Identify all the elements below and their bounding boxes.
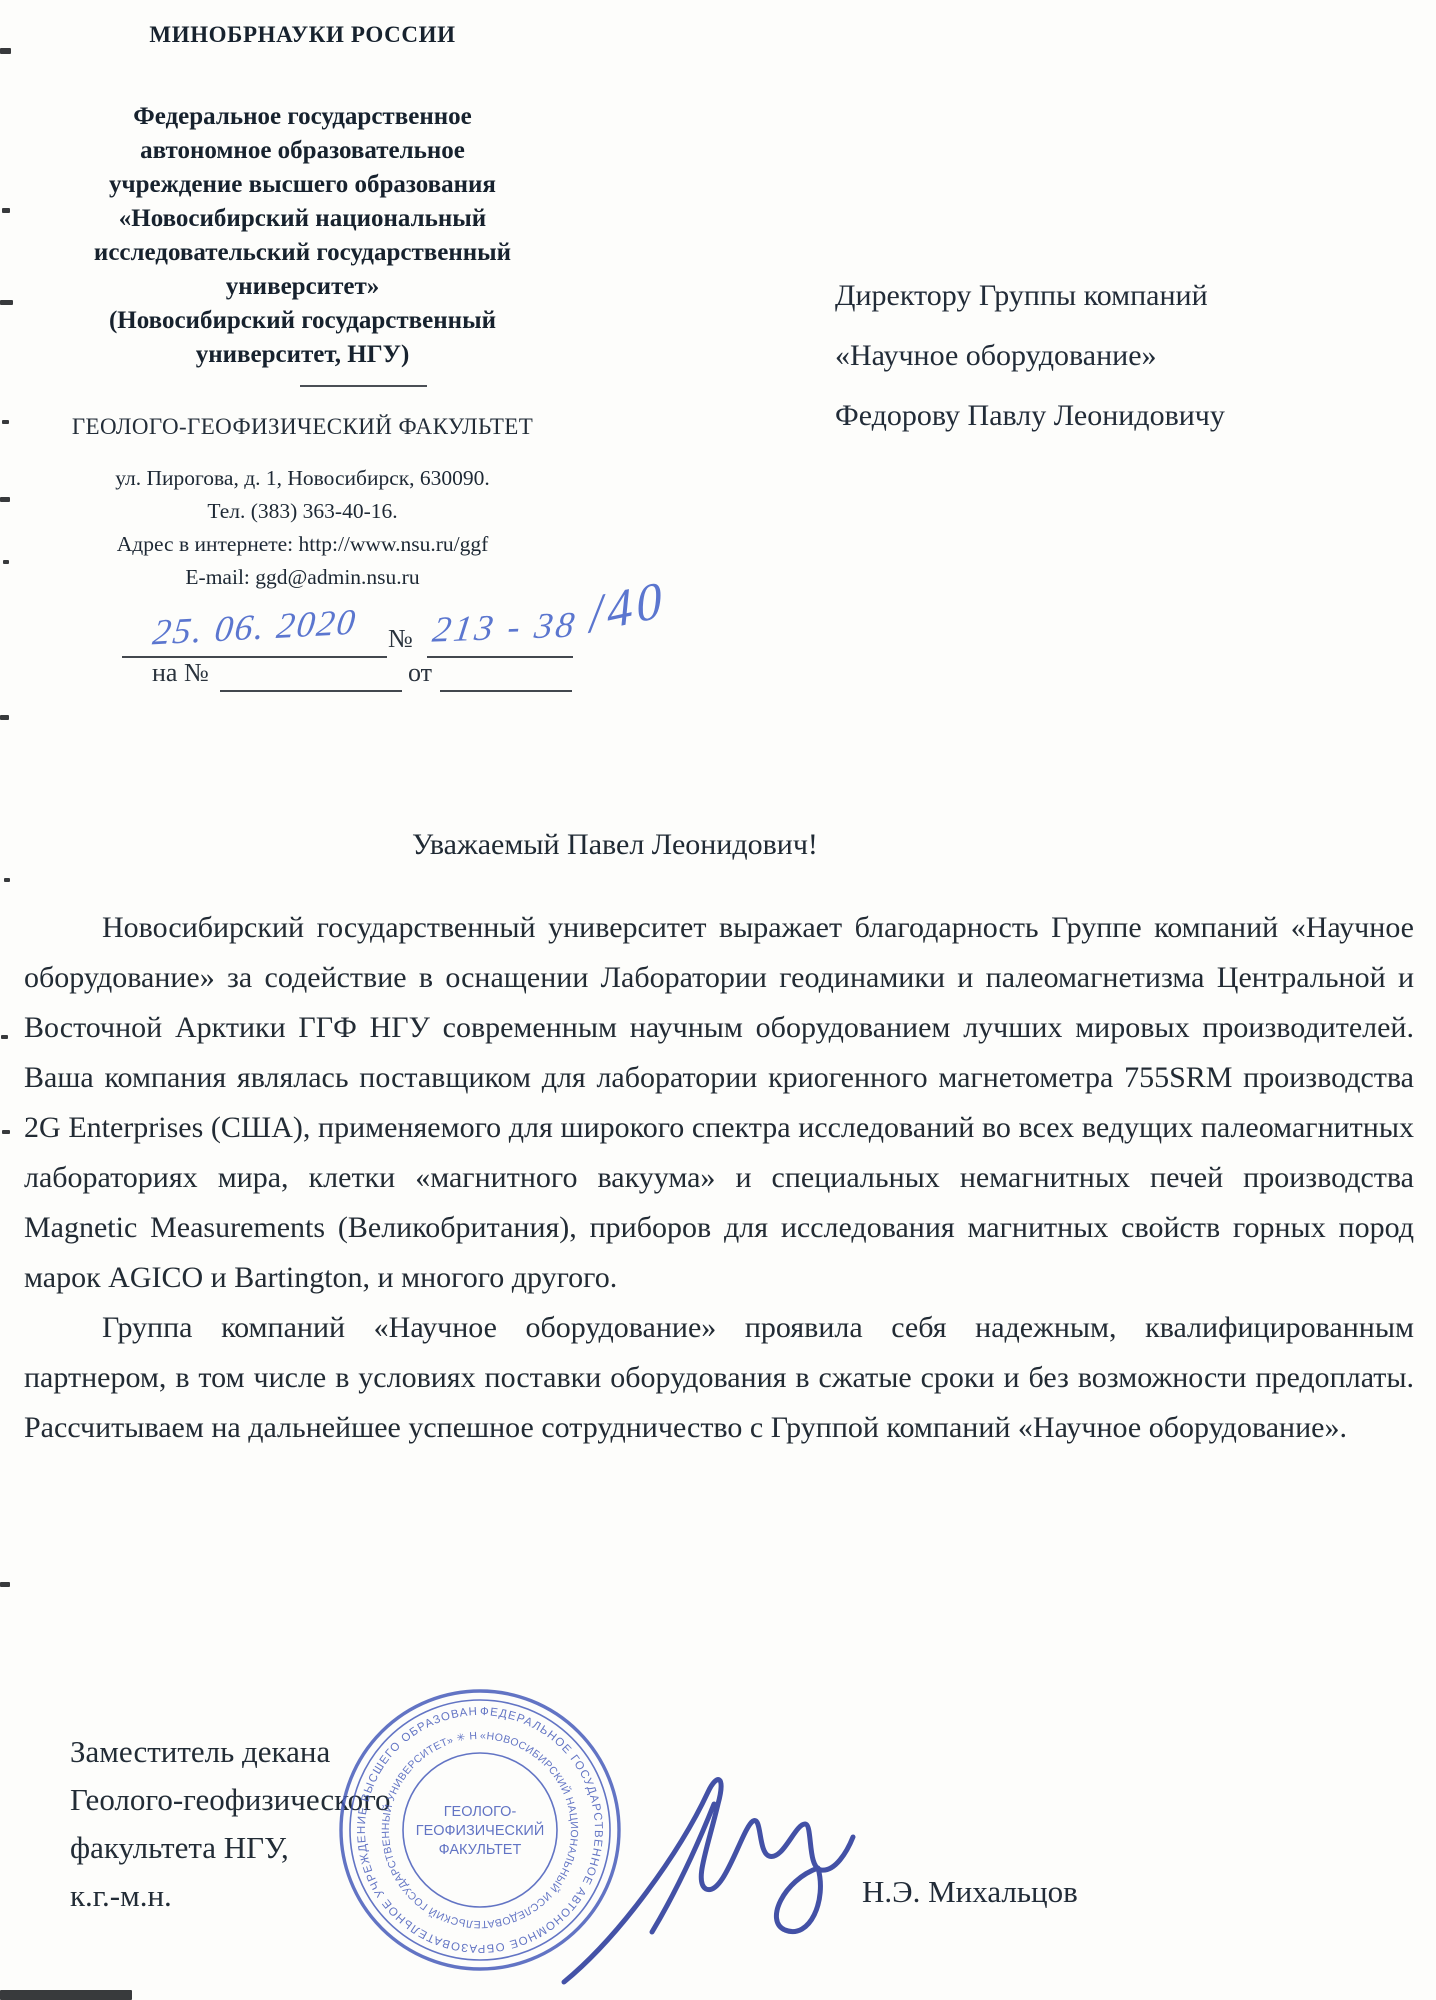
signer-role-line: к.г.-м.н. [70, 1872, 500, 1920]
handwritten-number-suffix: /40 [587, 570, 668, 646]
university-name-line: автономное образовательное [35, 134, 570, 168]
ministry-title: МИНОБРНАУКИ РОССИИ [35, 22, 570, 48]
recipient-line: Директору Группы компаний [835, 266, 1305, 326]
phone-line: Тел. (383) 363-40-16. [35, 495, 570, 528]
university-name-line: университет, НГУ) [35, 338, 570, 372]
handwritten-date: 25. 06. 2020 [150, 600, 359, 653]
recipient-line: «Научное оборудование» [835, 326, 1305, 386]
website-line: Адрес в интернете: http://www.nsu.ru/ggf [35, 528, 570, 561]
signer-role-line: Геолого-геофизического [70, 1776, 500, 1824]
scanned-letter-page: МИНОБРНАУКИ РОССИИ Федеральное государст… [0, 0, 1436, 2000]
letter-body: Новосибирский государственный университе… [24, 903, 1414, 1453]
signer-role-block: Заместитель декана Геолого-геофизическог… [70, 1728, 500, 1920]
university-name-line: (Новосибирский государственный [35, 304, 570, 338]
reply-to-label: на № [152, 658, 209, 688]
salutation: Уважаемый Павел Леонидович! [0, 828, 1230, 862]
faculty-title: ГЕОЛОГО-ГЕОФИЗИЧЕСКИЙ ФАКУЛЬТЕТ [35, 414, 570, 440]
university-name-line: учреждение высшего образования [35, 168, 570, 202]
signer-name: Н.Э. Михальцов [862, 1874, 1078, 1910]
outgoing-date-field: 25. 06. 2020 [122, 606, 387, 658]
header-block: МИНОБРНАУКИ РОССИИ Федеральное государст… [35, 22, 570, 372]
university-name-line: «Новосибирский национальный [35, 202, 570, 236]
university-name-line: исследовательский государственный [35, 236, 570, 270]
paragraph: Группа компаний «Научное оборудование» п… [24, 1303, 1414, 1453]
outgoing-number-field: 213 - 38 [427, 606, 573, 658]
recipient-line: Федорову Павлу Леонидовичу [835, 386, 1305, 446]
signer-role-line: факультета НГУ, [70, 1824, 500, 1872]
reply-number-blank [220, 660, 402, 692]
paragraph: Новосибирский государственный университе… [24, 903, 1414, 1303]
handwritten-number: 213 - 38 [430, 603, 580, 650]
contact-block: ул. Пирогова, д. 1, Новосибирск, 630090.… [35, 462, 570, 594]
from-date-label: от [408, 658, 432, 688]
handwritten-signature [556, 1760, 906, 1995]
signer-role-line: Заместитель декана [70, 1728, 500, 1776]
address-line: ул. Пирогова, д. 1, Новосибирск, 630090. [35, 462, 570, 495]
email-line: E-mail: ggd@admin.nsu.ru [35, 561, 570, 594]
from-date-blank [440, 660, 572, 692]
university-name-line: Федеральное государственное [35, 100, 570, 134]
number-sign-label: № [388, 624, 413, 654]
recipient-block: Директору Группы компаний «Научное обору… [835, 266, 1305, 446]
section-divider [300, 385, 427, 387]
university-name-line: университет» [35, 270, 570, 304]
university-name: Федеральное государственное автономное о… [35, 100, 570, 372]
